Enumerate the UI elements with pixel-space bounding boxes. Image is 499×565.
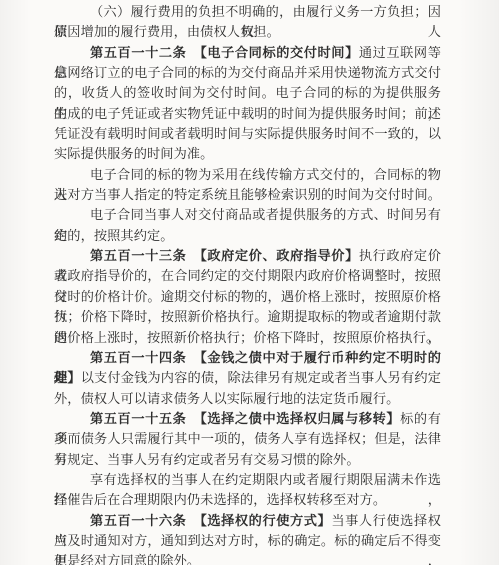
article-number: 第五百一十四条 xyxy=(90,350,186,365)
body-text: 外，债权人可以请求债务人以实际履行地的法定货币履行。 xyxy=(54,391,399,406)
spacer xyxy=(186,513,200,528)
text-line: 电子合同当事人对交付商品或者提供服务的方式、时间另有约 xyxy=(54,205,441,225)
spacer xyxy=(186,411,200,426)
article-number: 第五百一十五条 xyxy=(90,411,186,426)
body-text: 实际提供服务的时间为准。 xyxy=(54,146,213,161)
text-line: 理】以支付金钱为内容的债，除法律另有规定或者当事人另有约定 xyxy=(54,368,441,388)
text-line: 第五百一十二条 【电子合同标的交付时间】通过互联网等信 xyxy=(54,43,441,63)
body-text: 经催告后在合理期限内仍未选择的，选择权转移至对方。 xyxy=(54,492,386,507)
body-text: 以支付金钱为内容的债，除法律另有规定或者当事人另有约定 xyxy=(81,370,441,385)
text-line: 行；价格下降时，按照新价格执行。逾期提取标的物或者逾期付款的， xyxy=(54,307,441,327)
body-text: 但是经对方同意的除外。 xyxy=(54,553,200,565)
body-text: 有规定、当事人另有约定或者另有交易习惯的除外。 xyxy=(54,452,360,467)
text-line: 第五百一十六条 【选择权的行使方式】当事人行使选择权应 xyxy=(54,511,441,531)
text-line: 项而债务人只需履行其中一项的，债务人享有选择权；但是，法律另 xyxy=(54,429,441,449)
body-text: 凭证没有载明时间或者载明时间与实际提供服务时间不一致的，以 xyxy=(54,126,441,141)
text-line: 生成的电子凭证或者实物凭证中载明的时间为提供服务时间；前述 xyxy=(54,104,441,124)
article-title: 【选择权的行使方式】 xyxy=(200,513,331,528)
legal-text-block: （六）履行费用的负担不明确的，由履行义务一方负担；因债权人原因增加的履行费用，由… xyxy=(54,2,441,565)
document-page: （六）履行费用的负担不明确的，由履行义务一方负担；因债权人原因增加的履行费用，由… xyxy=(0,0,499,565)
text-line: 外，债权人可以请求债务人以实际履行地的法定货币履行。 xyxy=(54,389,441,409)
text-line: 入对方当事人指定的特定系统且能够检索识别的时间为交付时间。 xyxy=(54,185,441,205)
text-line: 第五百一十五条 【选择之债中选择权归属与移转】标的有多 xyxy=(54,409,441,429)
text-line: 定的，按照其约定。 xyxy=(54,226,441,246)
article-number: 第五百一十二条 xyxy=(90,45,186,60)
body-text: 入对方当事人指定的特定系统且能够检索识别的时间为交付时间。 xyxy=(54,187,441,202)
article-number: 第五百一十三条 xyxy=(90,248,186,263)
text-line: 享有选择权的当事人在约定期限内或者履行期限届满未作选择， xyxy=(54,470,441,490)
text-line: 有规定、当事人另有约定或者另有交易习惯的除外。 xyxy=(54,450,441,470)
article-title: 【选择之债中选择权归属与移转】 xyxy=(200,411,400,426)
text-line: 者政府指导价的，在合同约定的交付期限内政府价格调整时，按照交 xyxy=(54,266,441,286)
article-title: 【政府定价、政府指导价】 xyxy=(200,248,359,263)
body-text: 息网络订立的电子合同的标的为交付商品并采用快递物流方式交付 xyxy=(54,65,441,80)
spacer xyxy=(186,248,200,263)
text-line: （六）履行费用的负担不明确的，由履行义务一方负担；因债权人 xyxy=(54,2,441,22)
text-line: 经催告后在合理期限内仍未选择的，选择权转移至对方。 xyxy=(54,490,441,510)
text-line: 当及时通知对方，通知到达对方时，标的确定。标的确定后不得变更， xyxy=(54,531,441,551)
text-line: 息网络订立的电子合同的标的为交付商品并采用快递物流方式交付 xyxy=(54,63,441,83)
body-text: 遇价格上涨时，按照新价格执行；价格下降时，按照原价格执行。 xyxy=(54,330,439,345)
text-line: 实际提供服务的时间为准。 xyxy=(54,144,441,164)
text-line: 第五百一十四条 【金钱之债中对于履行币种约定不明时的处 xyxy=(54,348,441,368)
text-line: 遇价格上涨时，按照新价格执行；价格下降时，按照原价格执行。 xyxy=(54,328,441,348)
spacer xyxy=(186,45,200,60)
text-line: 凭证没有载明时间或者载明时间与实际提供服务时间不一致的，以 xyxy=(54,124,441,144)
text-line: 的，收货人的签收时间为交付时间。电子合同的标的为提供服务的， xyxy=(54,83,441,103)
spacer xyxy=(186,350,200,365)
article-title: 【电子合同标的交付时间】 xyxy=(200,45,359,60)
text-line: 付时的价格计价。逾期交付标的物的，遇价格上涨时，按照原价格执 xyxy=(54,287,441,307)
body-text: 定的，按照其约定。 xyxy=(54,228,174,243)
text-line: 第五百一十三条 【政府定价、政府指导价】执行政府定价或 xyxy=(54,246,441,266)
article-number: 第五百一十六条 xyxy=(90,513,186,528)
text-line: 电子合同的标的物为采用在线传输方式交付的，合同标的物进 xyxy=(54,165,441,185)
article-title: 理】 xyxy=(54,370,81,385)
body-text: 生成的电子凭证或者实物凭证中载明的时间为提供服务时间；前述 xyxy=(54,106,441,121)
body-text: 原因增加的履行费用，由债权人负担。 xyxy=(54,24,280,39)
